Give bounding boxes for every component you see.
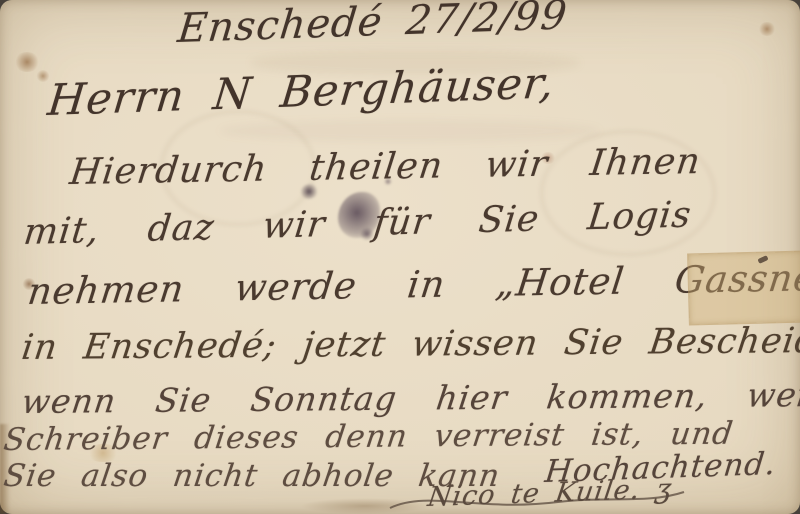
print-ghost-smudge xyxy=(220,120,600,142)
body-line: Hierdurch theilen wir Ihnen xyxy=(67,141,703,193)
body-line: in Enschedé; jetzt wissen Sie Bescheid xyxy=(19,321,800,368)
foxing-spot xyxy=(14,52,40,72)
foxing-spot xyxy=(300,498,430,514)
dateline: Enschedé 27/2/99 xyxy=(176,0,570,52)
salutation: Herrn N Berghäuser, xyxy=(45,58,557,126)
foxing-spot xyxy=(36,70,50,82)
tape-residue-patch xyxy=(687,250,800,325)
body-line: nehmen werde in „Hotel Gassner xyxy=(25,256,800,313)
ink-blot xyxy=(300,184,318,199)
foxing-spot xyxy=(758,22,776,36)
postcard: Enschedé 27/2/99 Herrn N Berghäuser, Hie… xyxy=(0,0,800,514)
body-line: wenn Sie Sonntag hier kommen, weil xyxy=(19,375,800,421)
body-line: Sie also nicht abhole kann xyxy=(1,458,502,494)
